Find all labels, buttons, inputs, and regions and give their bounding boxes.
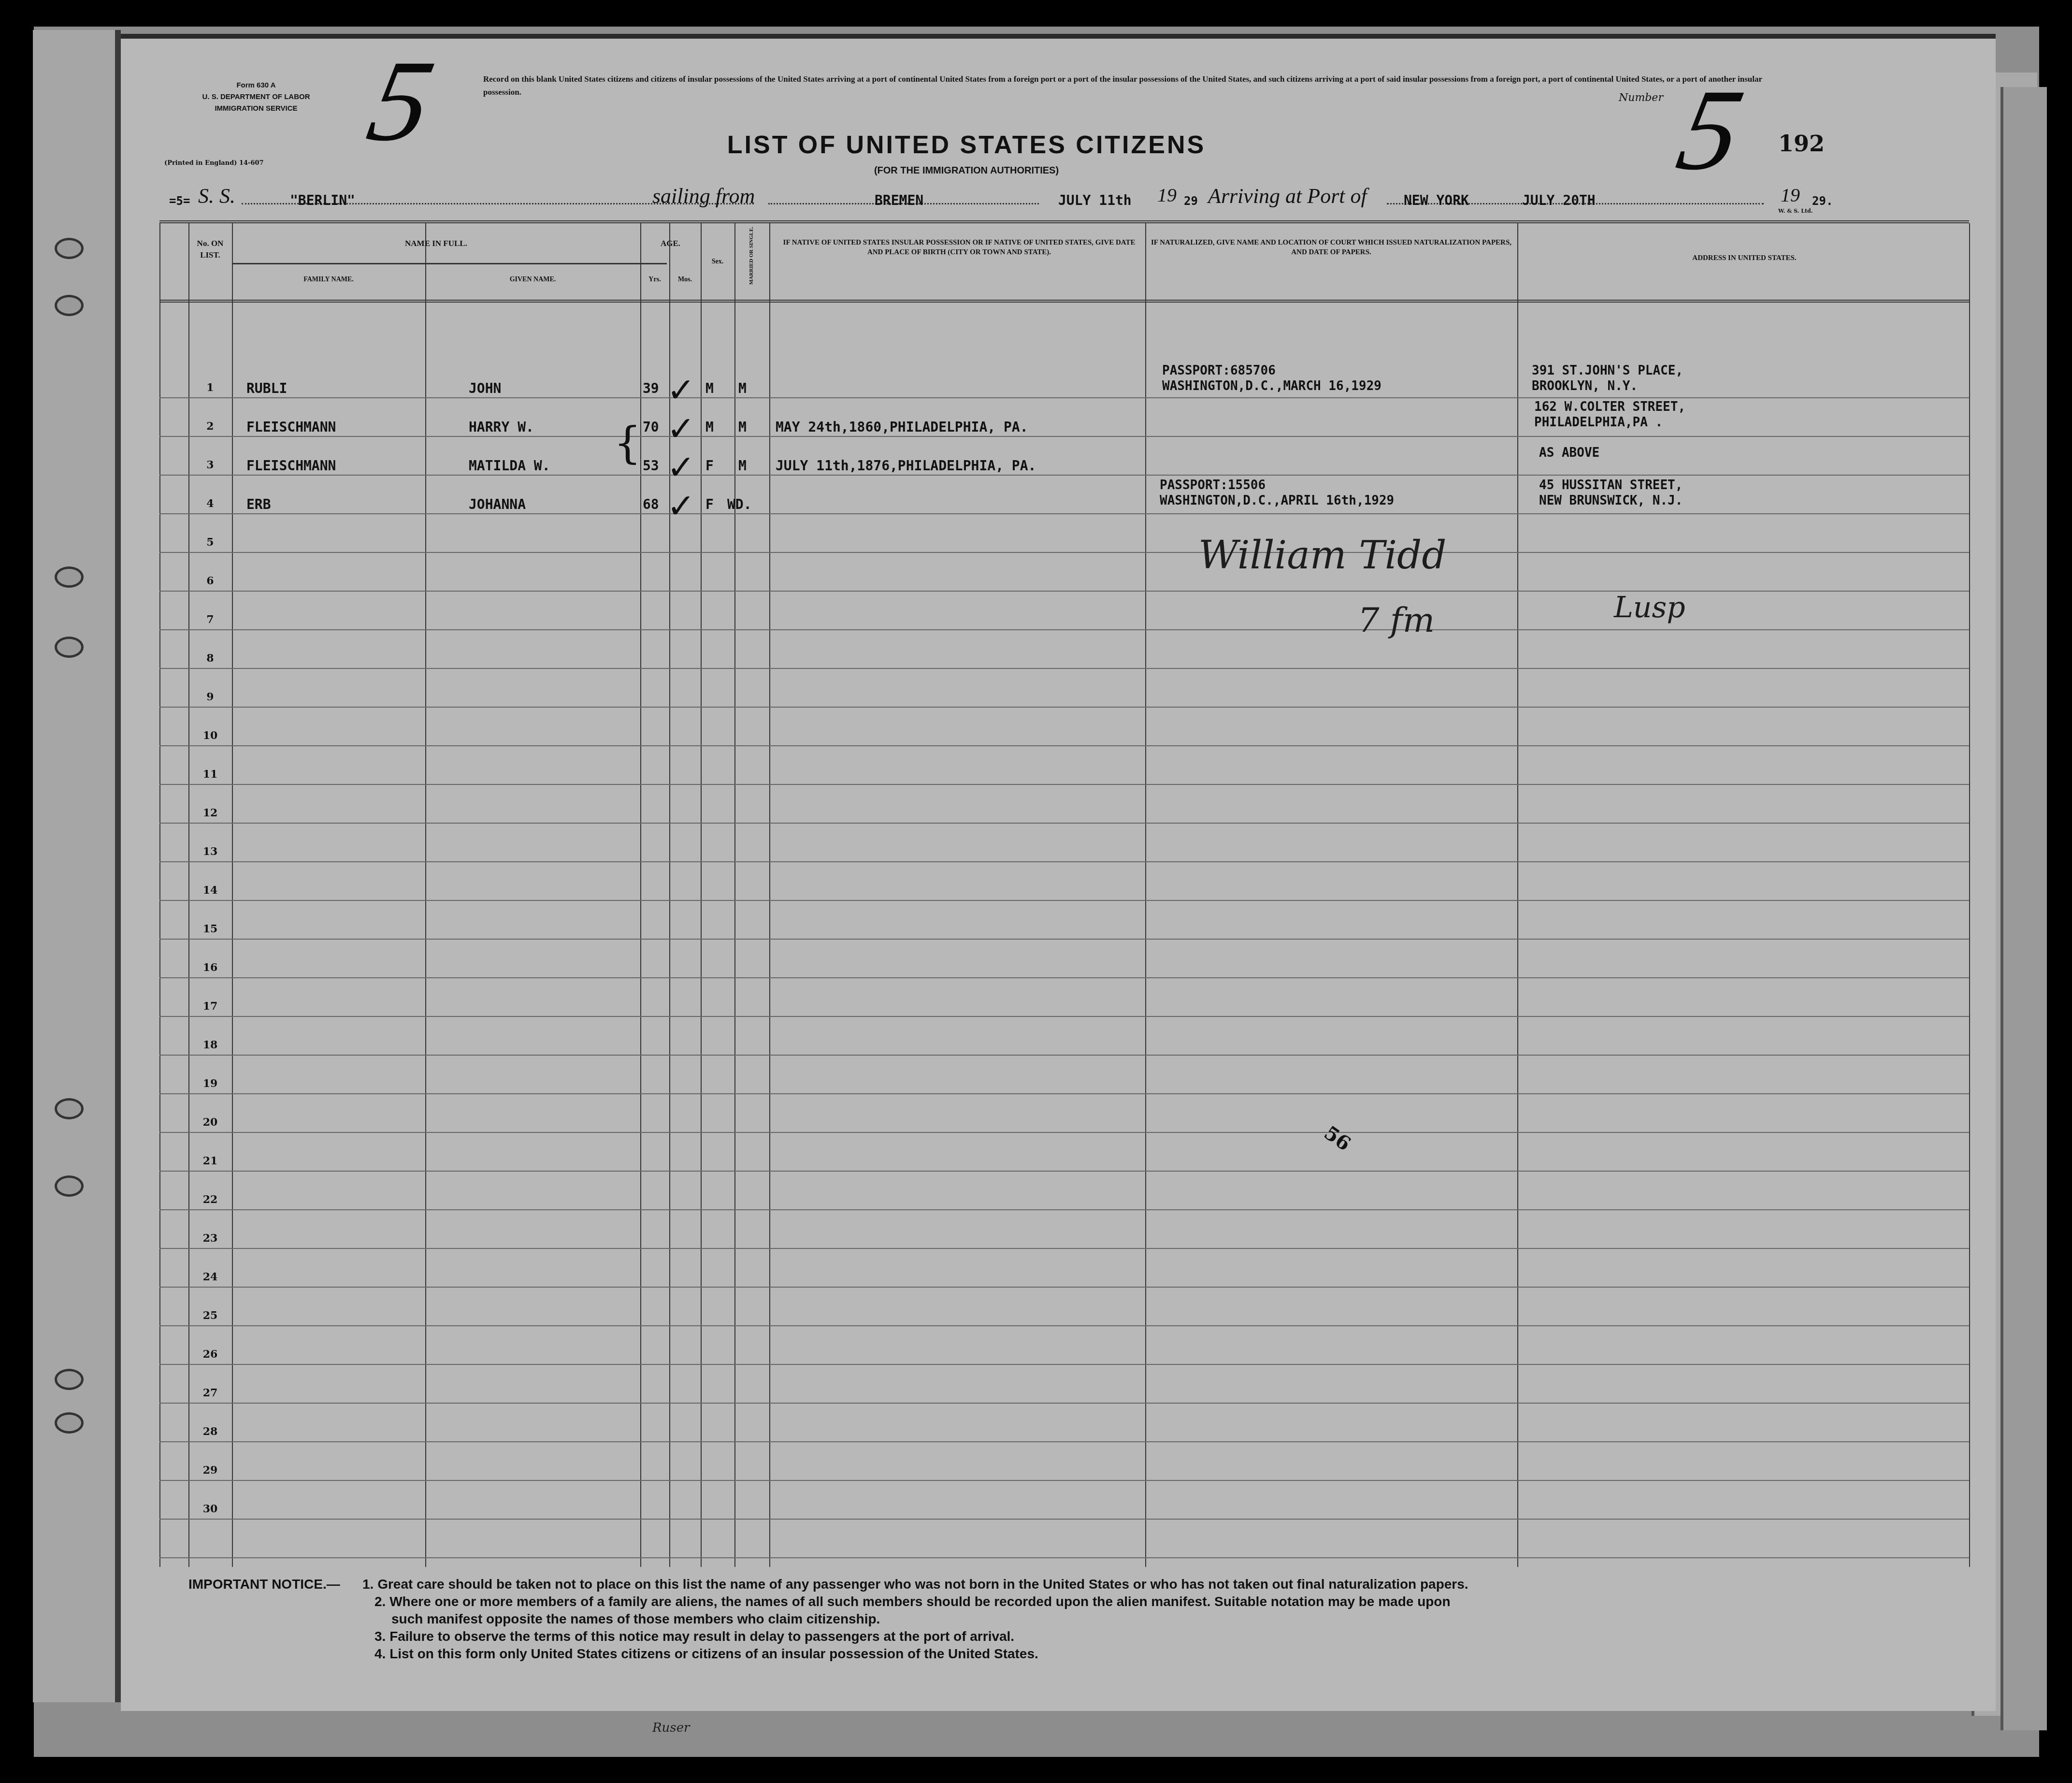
- row-number: 6: [188, 575, 232, 587]
- age-years: 68: [643, 496, 659, 512]
- sailing-from-label: sailing from: [652, 184, 755, 208]
- arrival-year: 29.: [1812, 194, 1833, 208]
- row-number: 21: [188, 1155, 232, 1167]
- stacked-page-edge: [2000, 87, 2047, 1730]
- family-name: FLEISCHMANN: [246, 419, 336, 435]
- address-line-1: AS ABOVE: [1539, 446, 1599, 460]
- row-number: 9: [188, 691, 232, 703]
- given-name: JOHANNA: [469, 496, 526, 512]
- manifest-page: Form 630 A U. S. DEPARTMENT OF LABOR IMM…: [121, 34, 1996, 1711]
- row-number: 24: [188, 1271, 232, 1283]
- checkmark-icon: ✓: [667, 373, 695, 407]
- page-title: LIST OF UNITED STATES CITIZENS: [628, 130, 1305, 159]
- brace-icon: {: [614, 421, 641, 465]
- header-sex: Sex.: [701, 256, 734, 268]
- family-name: FLEISCHMANN: [246, 458, 336, 474]
- notice-item-4: 4. List on this form only United States …: [374, 1645, 1038, 1663]
- punch-hole: [55, 637, 84, 658]
- binding-margin: [33, 30, 121, 1702]
- address-line-2: BROOKLYN, N.Y.: [1532, 379, 1638, 393]
- printer-mark: W. & S. Ltd.: [1778, 208, 1813, 214]
- header-mos: Mos.: [669, 274, 701, 286]
- given-name: MATILDA W.: [469, 458, 550, 474]
- signature-annotation: Lusp: [1614, 591, 1685, 624]
- row-number: 25: [188, 1309, 232, 1322]
- row-number: 16: [188, 961, 232, 974]
- address-line-1: 45 HUSSITAN STREET,: [1539, 478, 1683, 493]
- page-number: 192: [1778, 130, 1825, 157]
- row-number: 5: [188, 536, 232, 549]
- naturalization-papers: PASSPORT:15506: [1160, 478, 1266, 493]
- row-number: 8: [188, 652, 232, 665]
- punch-hole: [55, 1412, 84, 1434]
- row-number: 29: [188, 1464, 232, 1477]
- row-number: 18: [188, 1039, 232, 1051]
- sex: M: [705, 380, 714, 396]
- header-family-name: FAMILY NAME.: [232, 274, 425, 286]
- ship-name: "BERLIN": [290, 192, 355, 208]
- form-instruction: Record on this blank United States citiz…: [483, 72, 1798, 99]
- number-label: Number: [1619, 92, 1663, 104]
- punch-hole: [55, 1369, 84, 1390]
- given-name: JOHN: [469, 380, 501, 396]
- departure-year: 29: [1184, 194, 1198, 208]
- row-number: 14: [188, 884, 232, 897]
- header-name-in-full: NAME IN FULL.: [232, 238, 640, 249]
- family-name: RUBLI: [246, 380, 287, 396]
- notice-item-2: 2. Where one or more members of a family…: [374, 1593, 1451, 1610]
- age-years: 39: [643, 380, 659, 396]
- row-number: 10: [188, 729, 232, 742]
- row-number: 30: [188, 1503, 232, 1515]
- page-subtitle: (FOR THE IMMIGRATION AUTHORITIES): [628, 165, 1305, 176]
- marital-status: WD.: [727, 496, 752, 512]
- row-number: 27: [188, 1387, 232, 1399]
- age-years: 53: [643, 458, 659, 474]
- naturalization-papers-detail: WASHINGTON,D.C.,APRIL 16th,1929: [1160, 493, 1394, 508]
- naturalization-papers: PASSPORT:685706: [1162, 363, 1276, 378]
- address-line-2: NEW BRUNSWICK, N.J.: [1539, 493, 1683, 508]
- family-name: ERB: [246, 496, 271, 512]
- form-number: Form 630 A: [179, 80, 333, 91]
- address-line-2: PHILADELPHIA,PA .: [1534, 415, 1663, 430]
- marital-status: M: [738, 458, 747, 474]
- notice-item-1: 1. Great care should be taken not to pla…: [362, 1576, 1468, 1593]
- header-birth: IF NATIVE OF UNITED STATES INSULAR POSSE…: [778, 238, 1140, 257]
- row-number: 20: [188, 1116, 232, 1129]
- arriving-label: Arriving at Port of: [1208, 184, 1367, 208]
- checkmark-icon: ✓: [667, 412, 695, 446]
- bottom-scrawl: Ruser: [652, 1721, 690, 1735]
- row-number: 17: [188, 1000, 232, 1013]
- punch-hole: [55, 1098, 84, 1119]
- birth-date-place: MAY 24th,1860,PHILADELPHIA, PA.: [776, 419, 1028, 435]
- notice-item-2-cont: such manifest opposite the names of thos…: [391, 1610, 880, 1628]
- punch-hole: [55, 566, 84, 588]
- birth-date-place: JULY 11th,1876,PHILADELPHIA, PA.: [776, 458, 1036, 474]
- notice-label: IMPORTANT NOTICE.—: [188, 1576, 340, 1593]
- header-given-name: GIVEN NAME.: [425, 274, 640, 286]
- header-age: AGE.: [640, 238, 701, 249]
- sex: F: [705, 458, 714, 474]
- row-number: 26: [188, 1348, 232, 1361]
- punch-hole: [55, 238, 84, 259]
- sex: F: [705, 496, 714, 512]
- list-marker: =5=: [169, 194, 190, 208]
- stamp-number: 56: [1320, 1121, 1355, 1155]
- row-number: 11: [188, 768, 232, 781]
- header-no-on-list: No. ON LIST.: [188, 238, 232, 261]
- signature-initials: 7 fm: [1358, 600, 1435, 640]
- department: U. S. DEPARTMENT OF LABOR: [179, 91, 333, 103]
- punch-hole: [55, 295, 84, 316]
- arrival-date: JULY 20TH: [1522, 192, 1596, 208]
- sex: M: [705, 419, 714, 435]
- row-number: 12: [188, 807, 232, 819]
- row-number: 28: [188, 1425, 232, 1438]
- notice-item-3: 3. Failure to observe the terms of this …: [374, 1628, 1014, 1645]
- voyage-line: =5= S. S. "BERLIN" sailing from BREMEN J…: [169, 184, 1957, 213]
- address-line-1: 162 W.COLTER STREET,: [1534, 400, 1685, 414]
- marital-status: M: [738, 380, 747, 396]
- printed-note: (Printed in England) 14-607: [164, 159, 264, 167]
- row-number: 22: [188, 1193, 232, 1206]
- departure-date: JULY 11th: [1058, 192, 1132, 208]
- signature-inspector: William Tidd: [1198, 533, 1447, 578]
- row-number: 19: [188, 1077, 232, 1090]
- row-number: 15: [188, 923, 232, 935]
- address-line-1: 391 ST.JOHN'S PLACE,: [1532, 363, 1683, 378]
- row-number: 7: [188, 613, 232, 626]
- naturalization-papers-detail: WASHINGTON,D.C.,MARCH 16,1929: [1162, 379, 1381, 393]
- form-header: Form 630 A U. S. DEPARTMENT OF LABOR IMM…: [179, 80, 333, 115]
- given-name: HARRY W.: [469, 419, 534, 435]
- age-years: 70: [643, 419, 659, 435]
- marital-status: M: [738, 419, 747, 435]
- service: IMMIGRATION SERVICE: [179, 103, 333, 115]
- arrival-port: NEW YORK: [1404, 192, 1469, 208]
- row-number: 23: [188, 1232, 232, 1245]
- header-yrs: Yrs.: [640, 274, 669, 286]
- punch-hole: [55, 1175, 84, 1197]
- ss-label: S. S.: [198, 184, 235, 208]
- header-address: ADDRESS IN UNITED STATES.: [1522, 252, 1967, 264]
- departure-year-prefix: 19: [1157, 184, 1177, 206]
- departure-port: BREMEN: [875, 192, 923, 208]
- header-naturalization: IF NATURALIZED, GIVE NAME AND LOCATION O…: [1150, 238, 1512, 257]
- row-number: 13: [188, 845, 232, 858]
- checkmark-icon: ✓: [667, 489, 695, 523]
- arrival-year-prefix: 19: [1781, 184, 1800, 206]
- passenger-table: No. ON LIST. NAME IN FULL. FAMILY NAME. …: [159, 220, 1969, 1567]
- header-married-or-single: MARRIED OR SINGLE.: [748, 224, 755, 287]
- checkmark-icon: ✓: [667, 450, 695, 484]
- handwritten-list-number: 5: [358, 34, 445, 167]
